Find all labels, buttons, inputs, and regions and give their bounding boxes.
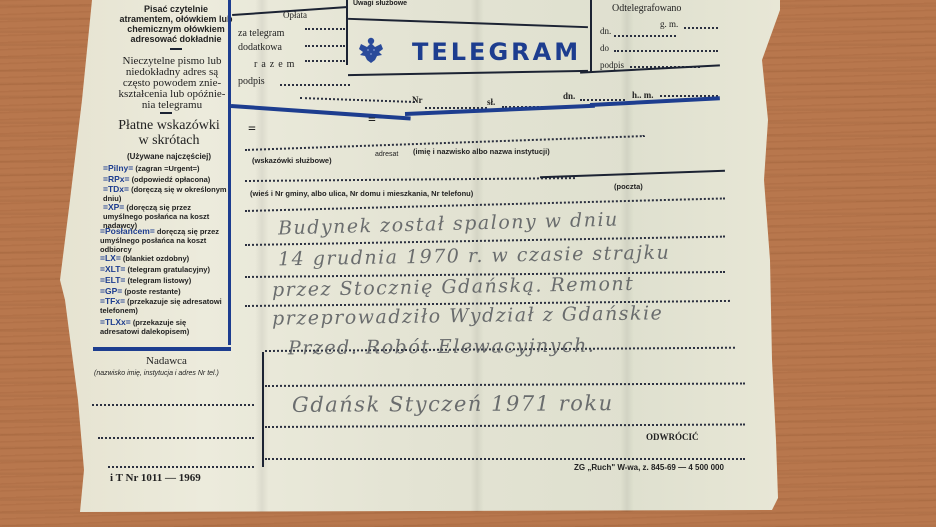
message-line[interactable]: [265, 458, 745, 460]
instructions-line: Pisać czytelnie: [112, 4, 240, 14]
abbr-desc: (blankiet ozdobny): [123, 254, 189, 263]
post-label: (poczta): [614, 182, 643, 191]
abbr-desc: (telegram listowy): [127, 276, 191, 285]
abbr-code: =TFx=: [100, 296, 125, 306]
nr-label: Nr: [412, 95, 423, 105]
abbr-item: =TLXx= (przekazuje się adresatowi daleko…: [100, 318, 226, 336]
abbr-desc: (odpowiedź opłacona): [132, 175, 211, 184]
service-instructions-label: (wskazówki służbowe): [252, 156, 332, 165]
divider: [160, 112, 172, 114]
fee-field[interactable]: [305, 45, 345, 47]
sender-box-right: [262, 352, 264, 467]
sent-row-label: dn.: [600, 26, 611, 36]
abbr-item: =XLT= (telegram gratulacyjny): [100, 264, 210, 274]
sent-date-field[interactable]: [614, 35, 676, 37]
abbr-item: =ELT= (telegram listowy): [100, 275, 191, 285]
abbr-item: =Pilny= (zagran =Urgent=): [103, 163, 200, 173]
instructions-line: chemicznym ołówkiem: [112, 24, 240, 34]
abbr-desc: (telegram gratulacyjny): [127, 265, 210, 274]
abbr-item: =TFx= (przekazuje się adresatowi telefon…: [100, 297, 226, 315]
paid-title-line: Płatne wskazówki: [100, 118, 238, 133]
fee-row-label: podpis: [238, 76, 265, 87]
sent-time-label: g. m.: [660, 19, 678, 29]
abbr-code: =XLT=: [100, 264, 125, 274]
sender-field[interactable]: [92, 404, 254, 406]
abbr-desc: (poste restante): [124, 287, 180, 296]
warning-text: Nieczytelne pismo lub niedokładny adres …: [106, 56, 238, 111]
abbr-code: =XP=: [103, 202, 124, 212]
fee-box-right: [346, 0, 348, 65]
abbr-code: =RPx=: [103, 174, 129, 184]
sender-field[interactable]: [98, 437, 254, 439]
instructions-top: Pisać czytelnie atramentem, ołówkiem lub…: [112, 4, 240, 44]
warning-line: nia telegramu: [106, 100, 238, 111]
turn-over-label: ODWRÓCIĆ: [646, 432, 699, 442]
sent-to-field[interactable]: [614, 50, 718, 52]
polish-eagle-emblem-icon: [358, 36, 384, 64]
left-column-border: [228, 0, 231, 345]
abbr-code: =GP=: [100, 286, 122, 296]
abbr-item: =RPx= (odpowiedź opłacona): [103, 174, 210, 184]
paid-instructions-title: Płatne wskazówki w skrótach: [100, 118, 238, 148]
abbr-item: =LX= (blankiet ozdobny): [100, 253, 189, 263]
equals-mark: =: [368, 113, 376, 129]
sent-row-label: do: [600, 43, 609, 53]
sent-time-field[interactable]: [684, 27, 718, 29]
time-label: h.. m.: [632, 90, 654, 100]
fee-field[interactable]: [305, 28, 345, 30]
addressee-hint: (imię i nazwisko albo nazwa instytucji): [413, 147, 550, 156]
sender-top-border: [93, 347, 231, 351]
abbr-code: =Pilny=: [103, 163, 133, 173]
abbr-code: =ELT=: [100, 275, 125, 285]
printer-imprint: ZG „Ruch" W-wa, z. 845-69 — 4 500 000: [574, 463, 724, 472]
sent-box-left: [590, 0, 592, 72]
signature-field[interactable]: [280, 84, 350, 86]
instructions-line: atramentem, ołówkiem lub: [112, 14, 240, 24]
divider: [170, 48, 182, 50]
abbr-code: =LX=: [100, 253, 121, 263]
sent-label: Odtelegrafowano: [612, 3, 681, 14]
instructions-line: adresować dokładnie: [112, 34, 240, 44]
fee-field[interactable]: [305, 60, 345, 62]
address-hint: (wieś i Nr gminy, albo ulica, Nr domu i …: [250, 189, 473, 198]
form-number: i T Nr 1011 — 1969: [110, 472, 201, 484]
fee-row-label: razem: [254, 59, 298, 70]
abbr-code: =Posłańcem=: [100, 226, 155, 236]
sender-field[interactable]: [108, 466, 254, 468]
handwritten-line: Gdańsk Styczeń 1971 roku: [292, 391, 614, 417]
abbr-item: =GP= (poste restante): [100, 286, 181, 296]
paid-instructions-subtitle: (Używane najczęściej): [102, 151, 236, 162]
abbr-desc: (zagran =Urgent=): [135, 164, 199, 173]
abbr-code: =TDx=: [103, 184, 129, 194]
abbr-item: =TDx= (doręczą się w określonym dniu): [103, 185, 227, 203]
sender-label: Nadawca: [146, 355, 187, 367]
paid-title-line: w skrótach: [100, 133, 238, 148]
fee-label: Opłata: [283, 10, 307, 20]
abbr-item: =Posłańcem= doręczą się przez umyślnego …: [100, 227, 226, 254]
telegram-title: TELEGRAM: [412, 38, 581, 66]
fee-row-label: za telegram: [238, 28, 284, 39]
abbr-code: =TLXx=: [100, 317, 131, 327]
equals-mark: =: [248, 122, 256, 138]
words-label: sł.: [487, 97, 495, 107]
addressee-label: adresat: [375, 151, 398, 158]
sender-hint: (nazwisko imię, instytucja i adres Nr te…: [94, 370, 219, 377]
handwritten-line: Przed. Robót Elewacyjnych.: [288, 335, 596, 360]
day-label: dn.: [563, 91, 575, 101]
fee-row-label: dodatkowa: [238, 42, 282, 53]
service-note-label: Uwagi służbowe: [353, 0, 407, 8]
